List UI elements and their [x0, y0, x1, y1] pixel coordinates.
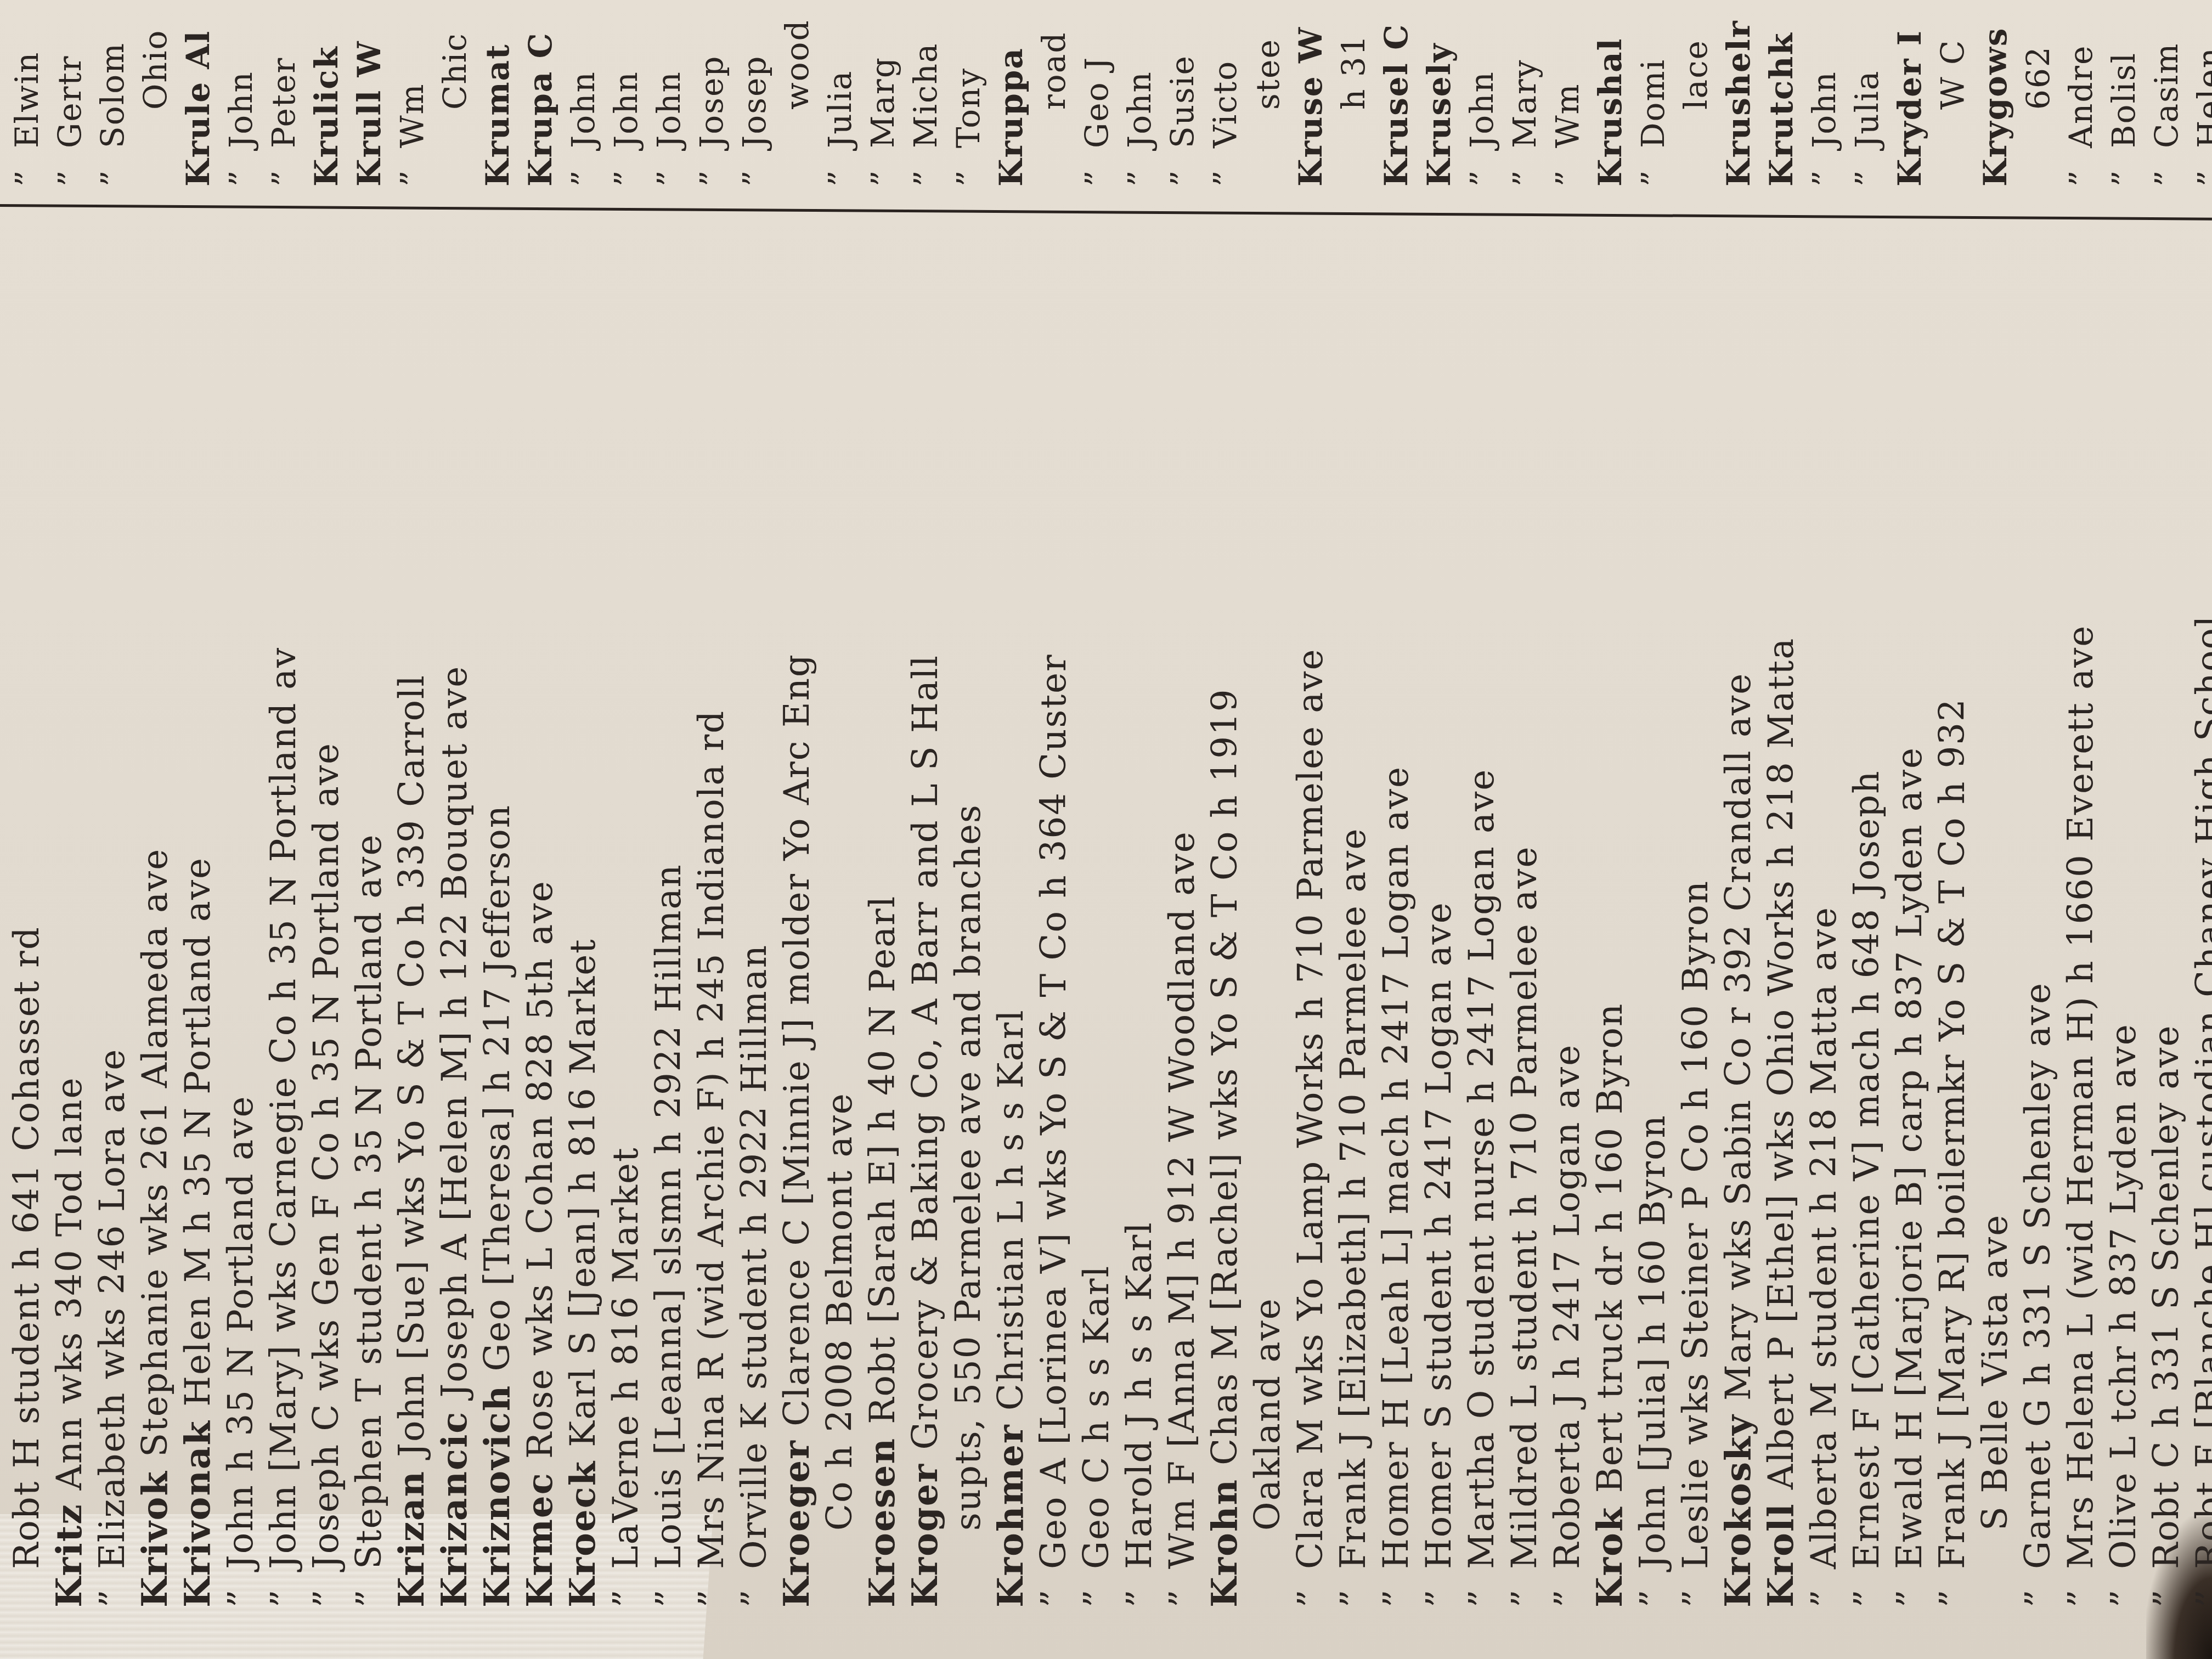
directory-entry: ”John	[1460, 0, 1503, 187]
ditto-mark: ”	[305, 1569, 348, 1607]
previous-column: ”Elwin”Gertr”SolomOhioKrule Al”John”Pete…	[5, 0, 2212, 187]
directory-entry: Krizancic Joseph A [Helen M] h 122 Bouqu…	[433, 181, 476, 1607]
directory-entry: S Belle Vista ave	[1974, 181, 2017, 1607]
ditto-mark: ”	[605, 1569, 647, 1607]
entry-text: Martha O student nurse h 2417 Logan ave	[1462, 769, 1502, 1569]
directory-entry: Krull W	[348, 0, 391, 187]
entry-text: Rose wks L Cohan 828 5th ave	[520, 880, 561, 1459]
directory-entry: ”Homer H [Leah L] mach h 2417 Logan ave	[1375, 181, 1418, 1607]
directory-entry: ”Robt E [Blanche H] custodian Chaney Hig…	[2188, 181, 2212, 1607]
ditto-mark: ”	[1460, 1569, 1503, 1607]
directory-entry: Kroesen Robt [Sarah E] h 40 N Pearl	[861, 181, 904, 1607]
entry-text: Robt E [Blanche H] custodian Chaney High…	[2189, 614, 2212, 1569]
directory-entry: lace	[1674, 0, 1717, 187]
directory-entry: ”Stephen T student h 35 N Portland ave	[348, 181, 391, 1607]
entry-text: W C	[1934, 39, 1971, 110]
entry-surname: Krivok	[134, 1457, 176, 1607]
entry-text: Krygows	[1977, 27, 2014, 187]
entry-text: Ernest F [Catherine V] mach h 648 Joseph	[1847, 770, 1887, 1569]
directory-entry: ”John h 35 N Portland ave	[219, 181, 262, 1607]
entry-text: Co h 2008 Belmont ave	[820, 1092, 860, 1531]
entry-text: Chas M [Rachel] wks Yo S & T Co h 1919	[1205, 689, 1245, 1465]
entry-text: Kryder I	[1891, 30, 1928, 187]
directory-entry: ”Harold J h s s Karl	[1118, 181, 1161, 1607]
directory-entry: ”Ernest F [Catherine V] mach h 648 Josep…	[1846, 181, 1888, 1607]
entry-text: Olive L tchr h 837 Lyden ave	[2103, 1023, 2144, 1569]
directory-entry: ”Julia	[819, 0, 861, 187]
directory-entry: ”Josep	[733, 0, 776, 187]
directory-entry: ”Ewald H [Marjorie B] carp h 837 Lyden a…	[1888, 181, 1931, 1607]
ditto-mark: ”	[348, 1569, 391, 1607]
ditto-mark: ”	[1075, 1569, 1118, 1607]
entry-text: John	[1463, 71, 1500, 148]
entry-text: Micha	[907, 43, 944, 148]
directory-entry: ”Wm F [Anna M] h 912 W Woodland ave	[1161, 181, 1204, 1607]
ditto-mark: ”	[1118, 1569, 1161, 1607]
ditto-mark: ”	[91, 1569, 134, 1607]
directory-entry: Krupa C	[519, 0, 562, 187]
entry-surname: Kroeger	[776, 1426, 817, 1607]
entry-text: Stephen T student h 35 N Portland ave	[349, 834, 390, 1569]
entry-text: Leslie wks Steiner P Co h 160 Byron	[1675, 880, 1716, 1569]
entry-text: Oakland ave	[1248, 1297, 1288, 1531]
ditto-mark: ”	[1375, 1569, 1418, 1607]
directory-entry: ”Louis [Leanna] slsmn h 2922 Hillman	[647, 181, 690, 1607]
main-column: Robt H student h 641 Cohasset rdKritz An…	[5, 181, 2212, 1607]
entry-text: Elizabeth wks 246 Lora ave	[92, 1048, 133, 1569]
directory-entry: ”John	[562, 0, 605, 187]
ditto-mark: ”	[1632, 1569, 1674, 1607]
directory-entry: ”Mildred L student h 710 Parmelee ave	[1503, 181, 1546, 1607]
directory-entry: Krmec Rose wks L Cohan 828 5th ave	[519, 181, 562, 1607]
directory-entry: road	[1032, 0, 1075, 187]
entry-text: Julia	[1848, 70, 1886, 148]
entry-text: Krule Al	[179, 30, 217, 187]
entry-text: Homer S student h 2417 Logan ave	[1419, 901, 1459, 1569]
entry-text: Geo A [Lorinea V] wks Yo S & T Co h 364 …	[1034, 653, 1074, 1569]
entry-text: 662	[2019, 46, 2057, 110]
entry-text: Roberta J h 2417 Logan ave	[1547, 1044, 1588, 1569]
entry-text: Helen	[2191, 47, 2212, 148]
directory-entry: Krumat	[476, 0, 519, 187]
directory-entry: Krivonak Helen M h 35 N Portland ave	[177, 181, 219, 1607]
directory-entry: Krohn Chas M [Rachel] wks Yo S & T Co h …	[1204, 181, 1246, 1607]
ditto-mark: ”	[1931, 1569, 1974, 1607]
directory-entry: ”John [Mary] wks Carnegie Co h 35 N Port…	[262, 181, 305, 1607]
directory-entry: ”LaVerne h 816 Market	[605, 181, 647, 1607]
entry-text: Ann wks 340 Tod lane	[49, 1077, 90, 1491]
entry-text: Mrs Nina R (wid Archie F) h 245 Indianol…	[691, 710, 732, 1569]
entry-surname: Kroger	[905, 1450, 946, 1608]
directory-entry: ”Roberta J h 2417 Logan ave	[1546, 181, 1589, 1607]
entry-text: Joseph C wks Gen F Co h 35 N Portland av…	[306, 742, 347, 1569]
entry-text: Orville K student h 2922 Hillman	[734, 944, 775, 1569]
entry-text: Krull W	[351, 40, 388, 187]
entry-text: Christian L h s s Karl	[991, 1009, 1031, 1410]
entry-surname: Kritz	[49, 1490, 90, 1607]
directory-entry: ”Wm	[1546, 0, 1589, 187]
entry-text: Domi	[1634, 59, 1672, 148]
directory-entry: ”John	[647, 0, 690, 187]
entry-text: Harold J h s s Karl	[1119, 1221, 1160, 1569]
directory-entry: Co h 2008 Belmont ave	[819, 181, 861, 1607]
directory-entry: ”Helen	[2188, 0, 2212, 187]
directory-entry: W C	[1931, 0, 1974, 187]
entry-text: Tony	[950, 67, 987, 148]
entry-text: Frank J [Mary R] boilermkr Yo S & T Co h…	[1932, 698, 1973, 1569]
directory-entry: ”Olive L tchr h 837 Lyden ave	[2102, 181, 2145, 1607]
entry-text: John	[1121, 71, 1158, 148]
entry-text: Clarence C [Minnie J] molder Yo Arc Eng	[777, 653, 817, 1426]
entry-text: Josep	[736, 55, 773, 148]
entry-text: Kruse W	[1292, 26, 1329, 187]
entry-surname: Kroeck	[562, 1447, 603, 1607]
directory-entry: Kritz Ann wks 340 Tod lane	[48, 181, 91, 1607]
ditto-mark: ”	[1032, 1569, 1075, 1607]
entry-text: Andre	[2062, 45, 2100, 148]
directory-entry: Krygows	[1974, 0, 2017, 187]
entry-text: John	[650, 71, 687, 148]
directory-entry: ”Mrs Nina R (wid Archie F) h 245 Indiano…	[690, 181, 733, 1607]
ditto-mark: ”	[2059, 1569, 2102, 1607]
directory-entry: ”Micha	[904, 0, 947, 187]
entry-text: Mrs Helena L (wid Herman H) h 1660 Evere…	[2061, 625, 2101, 1569]
entry-text: John	[565, 71, 602, 148]
directory-entry: Ohio	[134, 0, 177, 187]
directory-entry: ”Martha O student nurse h 2417 Logan ave	[1460, 181, 1503, 1607]
ditto-mark: ”	[690, 1569, 733, 1607]
ditto-mark: ”	[1803, 1569, 1846, 1607]
entry-text: John	[1805, 71, 1843, 148]
entry-text: Ohio	[137, 30, 174, 110]
directory-entry: Kryder I	[1888, 0, 1931, 187]
entry-text: Joseph A [Helen M] h 122 Bouquet ave	[435, 665, 475, 1398]
directory-entry: Chic	[433, 0, 476, 187]
directory-entry: ”Susie	[1161, 0, 1204, 187]
ditto-mark: ”	[1332, 1569, 1375, 1607]
directory-entry: ”Frank J [Mary R] boilermkr Yo S & T Co …	[1931, 181, 1974, 1607]
directory-entry: ”Marg	[861, 0, 904, 187]
ditto-mark: ”	[1674, 1569, 1717, 1607]
directory-entry: Krokosky Mary wks Sabin Co r 392 Crandal…	[1717, 181, 1760, 1607]
entry-text: Alberta M student h 218 Matta ave	[1804, 906, 1844, 1569]
directory-entry: ”John	[1803, 0, 1846, 187]
ditto-mark: ”	[262, 1569, 305, 1607]
directory-entry: stee	[1246, 0, 1289, 187]
directory-entry: ”Gertr	[48, 0, 91, 187]
directory-entry: ”John	[219, 0, 262, 187]
entry-text: Robt C h 331 S Schenley ave	[2146, 1025, 2187, 1569]
entry-text: Albert P [Ethel] wks Ohio Works h 218 Ma…	[1761, 637, 1802, 1490]
directory-entry: h 31	[1332, 0, 1375, 187]
directory-entry: ”John [Julia] h 160 Byron	[1632, 181, 1674, 1607]
directory-entry: ”Geo J	[1075, 0, 1118, 187]
ditto-mark: ”	[2102, 1569, 2145, 1607]
entry-text: Mildred L student h 710 Parmelee ave	[1504, 846, 1545, 1569]
ditto-mark: ”	[2145, 1569, 2188, 1607]
entry-text: John h 35 N Portland ave	[221, 1096, 261, 1569]
directory-entry: Krusely	[1418, 0, 1460, 187]
entry-text: Krushelr	[1720, 20, 1757, 187]
ditto-mark: ”	[1846, 1569, 1888, 1607]
directory-entry: Kroeck Karl S [Jean] h 816 Market	[562, 181, 605, 1607]
entry-surname: Krmec	[520, 1459, 561, 1607]
entry-text: Susie	[1164, 55, 1201, 148]
entry-text: John	[222, 71, 259, 148]
directory-entry: ”Orville K student h 2922 Hillman	[733, 181, 776, 1607]
entry-surname: Kroll	[1760, 1489, 1802, 1607]
directory-entry: Krivok Stephanie wks 261 Alameda ave	[134, 181, 177, 1607]
directory-entry: ”Joseph C wks Gen F Co h 35 N Portland a…	[305, 181, 348, 1607]
entry-text: LaVerne h 816 Market	[606, 1147, 646, 1569]
entry-text: John	[607, 71, 645, 148]
directory-entry: Krule Al	[177, 0, 219, 187]
entry-text: John [Julia] h 160 Byron	[1633, 1114, 1673, 1569]
directory-entry: Krushal	[1589, 0, 1632, 187]
entry-text: Mary	[1506, 59, 1543, 148]
directory-entry: Kroeger Clarence C [Minnie J] molder Yo …	[776, 181, 819, 1607]
entry-text: Victo	[1206, 60, 1244, 148]
entry-text: Bolisl	[2105, 52, 2142, 148]
ditto-mark: ”	[2017, 1569, 2059, 1607]
entry-text: Homer H [Leah L] mach h 2417 Logan ave	[1376, 766, 1417, 1569]
entry-text: Geo C h s s Karl	[1076, 1265, 1117, 1569]
directory-entry: ”Wm	[391, 0, 433, 187]
entry-text: Wm	[1549, 83, 1586, 148]
directory-entry: Kriznovich Geo [Theresa] h 217 Jefferson	[476, 181, 519, 1607]
directory-entry: Krusel C	[1375, 0, 1418, 187]
directory-entry: ”Victo	[1204, 0, 1246, 187]
directory-entry: Krok Bert truck dr h 160 Byron	[1589, 181, 1632, 1607]
entry-text: Krulick	[308, 46, 345, 187]
entry-text: Krumat	[479, 43, 516, 187]
entry-text: road	[1035, 32, 1073, 110]
directory-entry: ”Josep	[690, 0, 733, 187]
entry-surname: Krizan	[391, 1457, 432, 1607]
entry-text: Grocery & Baking Co, A Barr and L S Hall	[905, 654, 946, 1449]
directory-entry: ”Solom	[91, 0, 134, 187]
entry-text: stee	[1249, 38, 1286, 110]
entry-text: Chic	[436, 32, 473, 110]
entry-text: John [Mary] wks Carnegie Co h 35 N Portl…	[263, 647, 304, 1569]
entry-text: Gertr	[51, 55, 88, 148]
directory-entry: ”Frank J [Elizabeth] h 710 Parmelee ave	[1332, 181, 1375, 1607]
directory-entry: Krohmer Christian L h s s Karl	[990, 181, 1032, 1607]
directory-entry: ”John	[605, 0, 647, 187]
directory-entry: Krulick	[305, 0, 348, 187]
entry-text: Krusel C	[1378, 24, 1415, 187]
directory-entry: Kroll Albert P [Ethel] wks Ohio Works h …	[1760, 181, 1803, 1607]
entry-text: Krutchk	[1763, 32, 1800, 187]
entry-text: Casim	[2148, 43, 2185, 148]
directory-entry: Oakland ave	[1246, 181, 1289, 1607]
directory-entry: ”Geo C h s s Karl	[1075, 181, 1118, 1607]
directory-entry: ”Julia	[1846, 0, 1888, 187]
directory-entry: ”Peter	[262, 0, 305, 187]
directory-entry: supts, 550 Parmelee ave and branches	[947, 181, 990, 1607]
entry-text: Frank J [Elizabeth] h 710 Parmelee ave	[1333, 828, 1374, 1569]
entry-text: Clara M wks Yo Lamp Works h 710 Parmelee…	[1290, 648, 1331, 1569]
directory-entry: ”Homer S student h 2417 Logan ave	[1418, 181, 1460, 1607]
entry-text: wood	[778, 19, 816, 110]
directory-entry: ”Mrs Helena L (wid Herman H) h 1660 Ever…	[2059, 181, 2102, 1607]
entry-text: Julia	[821, 70, 859, 148]
directory-entry: ”Domi	[1632, 0, 1674, 187]
directory-entry: Krutchk	[1760, 0, 1803, 187]
entry-text: Geo J	[1078, 57, 1115, 148]
directory-entry: ”John	[1118, 0, 1161, 187]
entry-text: Josep	[693, 55, 730, 148]
entry-text: Garnet G h 331 S Schenley ave	[2018, 982, 2058, 1569]
directory-entry: Robt H student h 641 Cohasset rd	[5, 181, 48, 1607]
entry-text: Wm	[393, 83, 431, 148]
entry-text: Wm F [Anna M] h 912 W Woodland ave	[1162, 831, 1203, 1569]
entry-text: Krusely	[1420, 43, 1458, 187]
entry-surname: Krizancic	[434, 1397, 475, 1607]
entry-text: supts, 550 Parmelee ave and branches	[948, 804, 989, 1531]
ditto-mark: ”	[1289, 1569, 1332, 1607]
directory-entry: Krizan John [Sue] wks Yo S & T Co h 339 …	[391, 181, 433, 1607]
directory-entry: ”Andre	[2059, 0, 2102, 187]
entry-text: Krupa C	[522, 32, 559, 187]
entry-surname: Kroesen	[862, 1424, 903, 1607]
entry-text: Solom	[94, 42, 131, 148]
entry-text: Karl S [Jean] h 816 Market	[563, 938, 603, 1447]
entry-surname: Krok	[1589, 1493, 1630, 1607]
entry-text: Geo [Theresa] h 217 Jefferson	[477, 804, 518, 1371]
directory-entry: ”Tony	[947, 0, 990, 187]
entry-text: Bert truck dr h 160 Byron	[1590, 1003, 1630, 1493]
entry-surname: Krohn	[1204, 1465, 1245, 1607]
ditto-mark: ”	[219, 1569, 262, 1607]
ditto-mark: ”	[733, 1569, 776, 1607]
ditto-mark: ”	[1161, 1569, 1204, 1607]
ditto-mark: ”	[2188, 1569, 2212, 1607]
entry-text: S Belle Vista ave	[1975, 1214, 2016, 1531]
directory-entry: ”Robt C h 331 S Schenley ave	[2145, 181, 2188, 1607]
ditto-mark: ”	[1888, 1569, 1931, 1607]
directory-entry: ”Elwin	[5, 0, 48, 187]
directory-entry: ”Mary	[1503, 0, 1546, 187]
ditto-mark: ”	[647, 1569, 690, 1607]
ditto-mark: ”	[1503, 1569, 1546, 1607]
entry-surname: Krokosky	[1718, 1401, 1759, 1607]
entry-surname: Krivonak	[177, 1407, 218, 1607]
directory-entry: Krushelr	[1717, 0, 1760, 187]
entry-text: Stephanie wks 261 Alameda ave	[135, 848, 176, 1457]
entry-surname: Kriznovich	[477, 1372, 518, 1608]
directory-entry: Kruppa	[990, 0, 1032, 187]
directory-entry: ”Alberta M student h 218 Matta ave	[1803, 181, 1846, 1607]
entry-text: Louis [Leanna] slsmn h 2922 Hillman	[648, 864, 689, 1569]
entry-text: Elwin	[8, 52, 46, 148]
ditto-mark: ”	[1418, 1569, 1460, 1607]
directory-entry: ”Casim	[2145, 0, 2188, 187]
directory-entry: wood	[776, 0, 819, 187]
entry-text: Kruppa	[992, 47, 1030, 187]
entry-text: Peter	[265, 57, 302, 148]
entry-text: Mary wks Sabin Co r 392 Crandall ave	[1718, 673, 1759, 1401]
directory-entry: ”Garnet G h 331 S Schenley ave	[2017, 181, 2059, 1607]
directory-entry: ”Leslie wks Steiner P Co h 160 Byron	[1674, 181, 1717, 1607]
directory-entry: ”Bolisl	[2102, 0, 2145, 187]
ditto-mark: ”	[1546, 1569, 1589, 1607]
entry-text: Ewald H [Marjorie B] carp h 837 Lyden av…	[1889, 747, 1930, 1569]
entry-text: lace	[1677, 39, 1714, 110]
directory-entry: Kruse W	[1289, 0, 1332, 187]
entry-text: Marg	[864, 57, 901, 148]
entry-text: Helen M h 35 N Portland ave	[178, 857, 218, 1407]
entry-text: Krushal	[1592, 37, 1629, 187]
directory-entry: Kroger Grocery & Baking Co, A Barr and L…	[904, 181, 947, 1607]
entry-text: John [Sue] wks Yo S & T Co h 339 Carroll	[392, 674, 432, 1457]
entry-text: Robt [Sarah E] h 40 N Pearl	[862, 895, 903, 1424]
directory-entry: 662	[2017, 0, 2059, 187]
directory-entry: ”Elizabeth wks 246 Lora ave	[91, 181, 134, 1607]
directory-entry: ”Geo A [Lorinea V] wks Yo S & T Co h 364…	[1032, 181, 1075, 1607]
directory-entry: ”Clara M wks Yo Lamp Works h 710 Parmele…	[1289, 181, 1332, 1607]
entry-text: h 31	[1335, 34, 1372, 110]
entry-surname: Krohmer	[990, 1410, 1031, 1607]
entry-text: Robt H student h 641 Cohasset rd	[7, 926, 47, 1569]
